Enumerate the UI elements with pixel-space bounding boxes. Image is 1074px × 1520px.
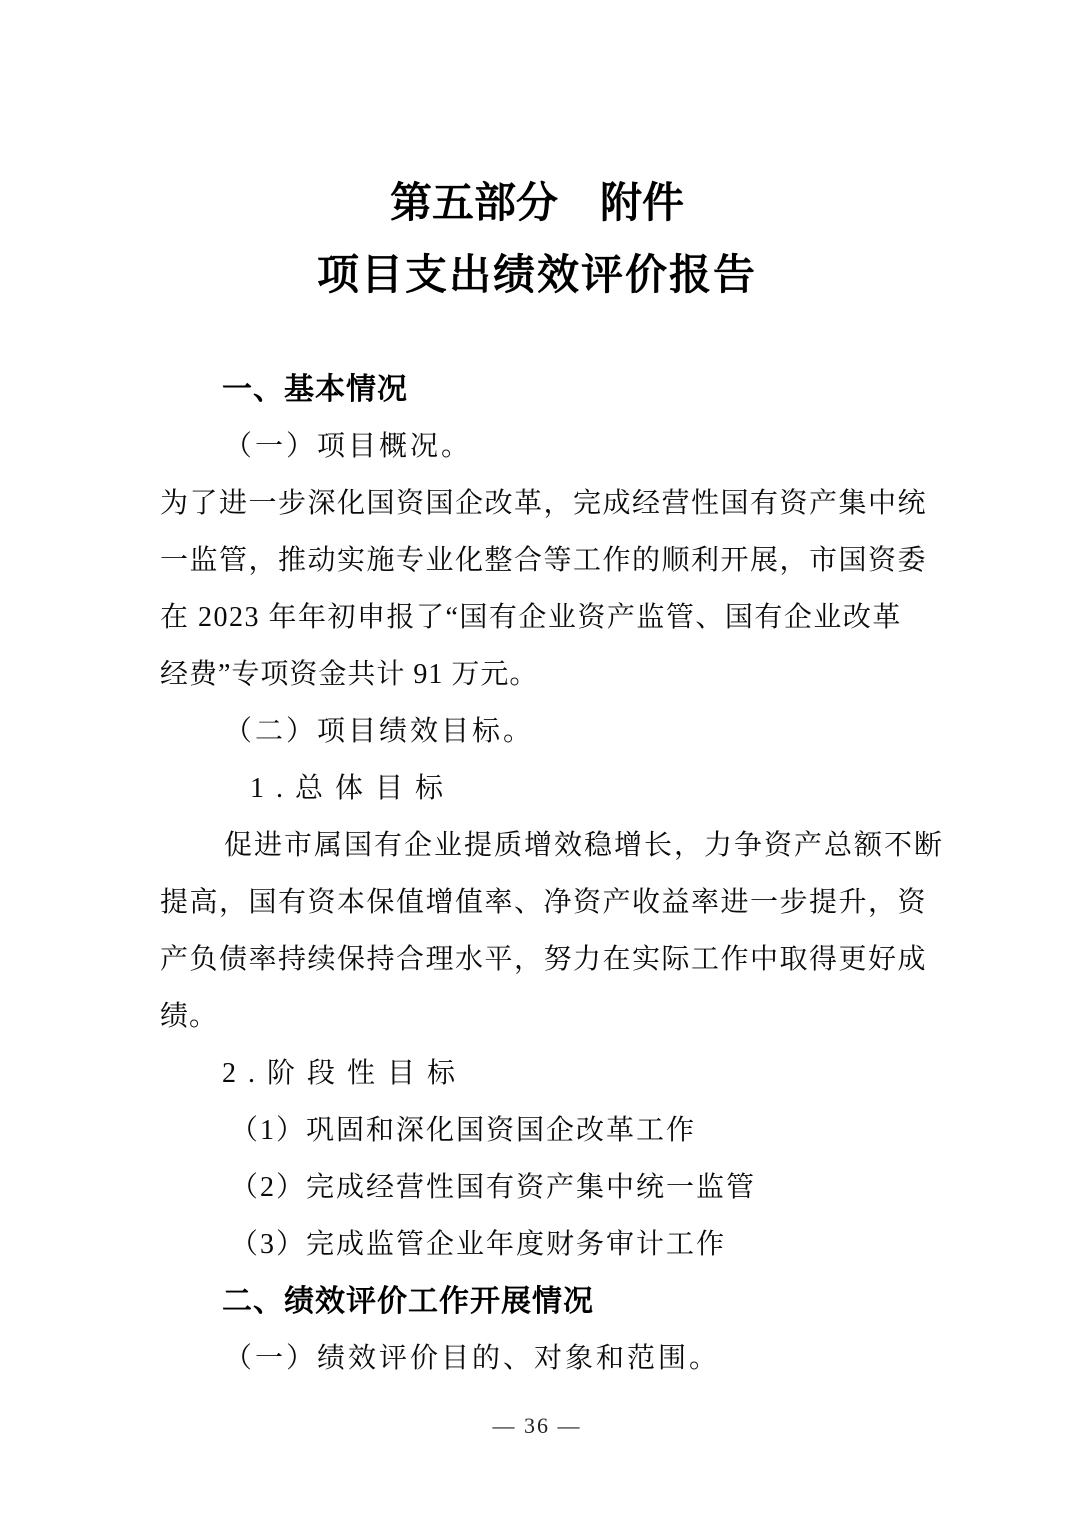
body-line: 提高，国有资本保值增值率、净资产收益率进一步提升，资 (160, 874, 914, 931)
body-line: 产负债率持续保持合理水平，努力在实际工作中取得更好成 (160, 931, 914, 988)
document-page: 第五部分 附件 项目支出绩效评价报告 一、基本情况 （一）项目概况。 为了进一步… (0, 0, 1074, 1520)
subheading-stage-goals: 2.阶段性目标 (160, 1045, 914, 1102)
section-heading-evaluation-work: 二、绩效评价工作开展情况 (160, 1273, 914, 1330)
body-line: 一监管，推动实施专业化整合等工作的顺利开展，市国资委 (160, 532, 914, 589)
body-line: 绩。 (160, 988, 914, 1045)
body-line: 为了进一步深化国资国企改革，完成经营性国有资产集中统 (160, 475, 914, 532)
document-subtitle: 项目支出绩效评价报告 (0, 250, 1074, 302)
document-title: 第五部分 附件 (0, 180, 1074, 228)
document-body: 一、基本情况 （一）项目概况。 为了进一步深化国资国企改革，完成经营性国有资产集… (160, 361, 914, 1387)
page-footer: — 36 — (0, 1406, 1074, 1446)
subheading-evaluation-scope: （一）绩效评价目的、对象和范围。 (160, 1330, 914, 1387)
body-line: 在 2023 年年初申报了“国有企业资产监管、国有企业改革 (160, 589, 914, 646)
list-item-stage-goal: （2）完成经营性国有资产集中统一监管 (160, 1159, 914, 1216)
subheading-overall-goal: 1.总体目标 (160, 760, 914, 817)
list-item-stage-goal: （1）巩固和深化国资国企改革工作 (160, 1102, 914, 1159)
subheading-project-overview: （一）项目概况。 (160, 418, 914, 475)
subheading-performance-goals: （二）项目绩效目标。 (160, 703, 914, 760)
body-line: 促进市属国有企业提质增效稳增长，力争资产总额不断 (160, 817, 914, 874)
list-item-stage-goal: （3）完成监管企业年度财务审计工作 (160, 1216, 914, 1273)
section-heading-basic-info: 一、基本情况 (160, 361, 914, 418)
page-number: — 36 — (493, 1413, 582, 1438)
body-line: 经费”专项资金共计 91 万元。 (160, 646, 914, 703)
